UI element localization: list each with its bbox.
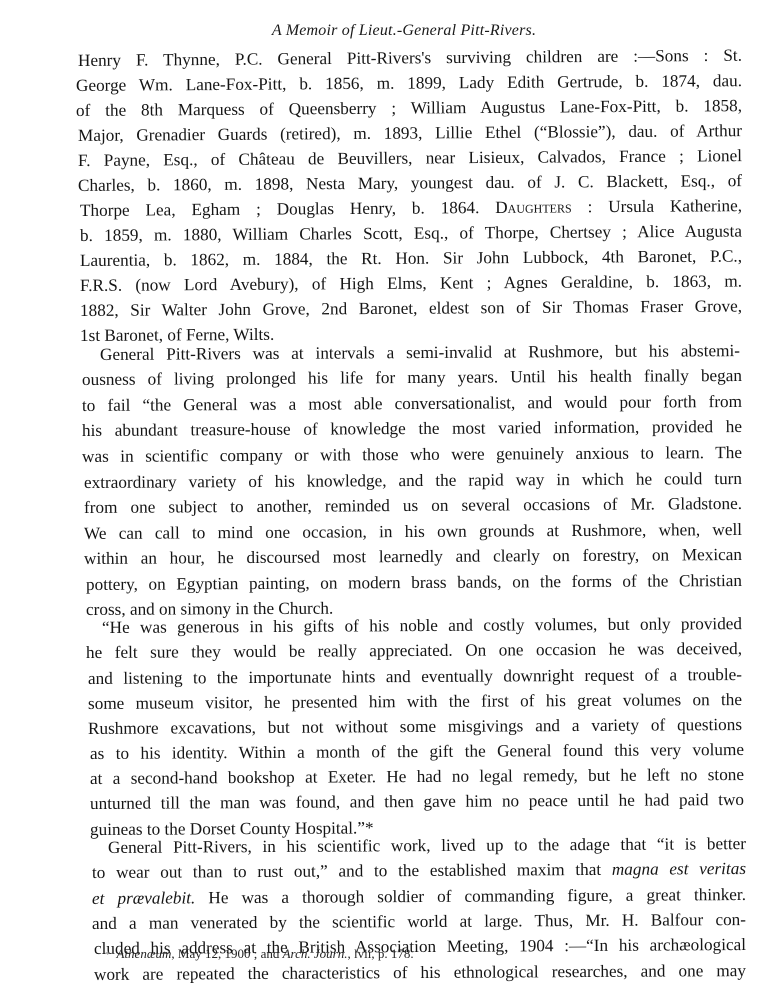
text-line: work are repeated the characteristics of…	[94, 961, 746, 985]
footnote-marker: *	[105, 949, 111, 961]
text-line: ousness of living prolonged his life for…	[82, 366, 742, 390]
text-line: some museum visitor, he presented him wi…	[88, 690, 742, 714]
footnote: *Athenæum, May 12, 1900 ; and Arch. Jour…	[105, 946, 414, 962]
text-line: and listening to the importunate hints a…	[88, 665, 742, 689]
text-line: b. 1859, m. 1880, William Charles Scott,…	[80, 222, 742, 246]
text-line: et prævalebit. He was a thorough soldier…	[92, 885, 746, 909]
text-line: he felt sure they would be really apprec…	[86, 639, 742, 663]
text-line: 1882, Sir Walter John Grove, 2nd Baronet…	[80, 297, 742, 321]
text-line: 1st Baronet, of Ferne, Wilts.	[80, 325, 320, 346]
text-line: Thorpe Lea, Egham ; Douglas Henry, b. 18…	[80, 196, 742, 221]
text-line: Laurentia, b. 1862, m. 1884, the Rt. Hon…	[80, 247, 742, 271]
text-line: extraordinary variety of his knowledge, …	[84, 469, 742, 493]
text-line: unturned till the man was found, and the…	[90, 790, 744, 814]
footnote-source-athenaeum: Athenæum	[117, 946, 172, 961]
text-line: General Pitt-Rivers, in his scientific w…	[108, 834, 746, 858]
text-line: to wear out than to rust out,” and to th…	[92, 859, 746, 883]
footnote-text-1: , May 12, 1900 ; and	[171, 946, 282, 961]
text-line: his abundant treasure-house of knowledge…	[82, 417, 742, 441]
text-line: Henry F. Thynne, P.C. General Pitt-River…	[78, 46, 742, 71]
footnote-text-2: , lvii, p. 178.	[347, 946, 413, 961]
text-line: at a second-hand bookshop at Exeter. He …	[90, 765, 744, 789]
text-line: F. Payne, Esq., of Château de Beuvillers…	[78, 146, 742, 171]
text-line: pottery, on Egyptian painting, on modern…	[86, 571, 742, 595]
text-line: as to his identity. Within a month of th…	[90, 740, 744, 764]
text-line: General Pitt-Rivers was at intervals a s…	[100, 341, 740, 365]
text-line: Rushmore excavations, but not without so…	[88, 715, 742, 739]
text-line: from one subject to another, reminded us…	[84, 494, 742, 518]
running-head: A Memoir of Lieut.-General Pitt-Rivers.	[0, 22, 768, 40]
text-line: of the 8th Marquess of Queensberry ; Wil…	[76, 96, 742, 121]
text-line: within an hour, he discoursed most learn…	[84, 545, 742, 569]
text-line: We can call to mind one occasion, in his…	[84, 520, 742, 544]
scanned-document-page: A Memoir of Lieut.-General Pitt-Rivers. …	[0, 0, 768, 993]
text-line: George Wm. Lane-Fox-Pitt, b. 1856, m. 18…	[76, 71, 742, 96]
text-line: was in scientific company or with those …	[82, 443, 742, 467]
text-line: Charles, b. 1860, m. 1898, Nesta Mary, y…	[78, 171, 742, 196]
text-line: and a man venerated by the scientific wo…	[92, 910, 746, 934]
text-line: “He was generous in his gifts of his nob…	[102, 614, 742, 638]
text-line: F.R.S. (now Lord Avebury), of High Elms,…	[80, 272, 742, 296]
footnote-source-arch-journ: Arch. Journ.	[283, 946, 348, 961]
text-line: to fail “the General was a most able con…	[82, 392, 742, 416]
text-line: Major, Grenadier Guards (retired), m. 18…	[78, 121, 742, 146]
